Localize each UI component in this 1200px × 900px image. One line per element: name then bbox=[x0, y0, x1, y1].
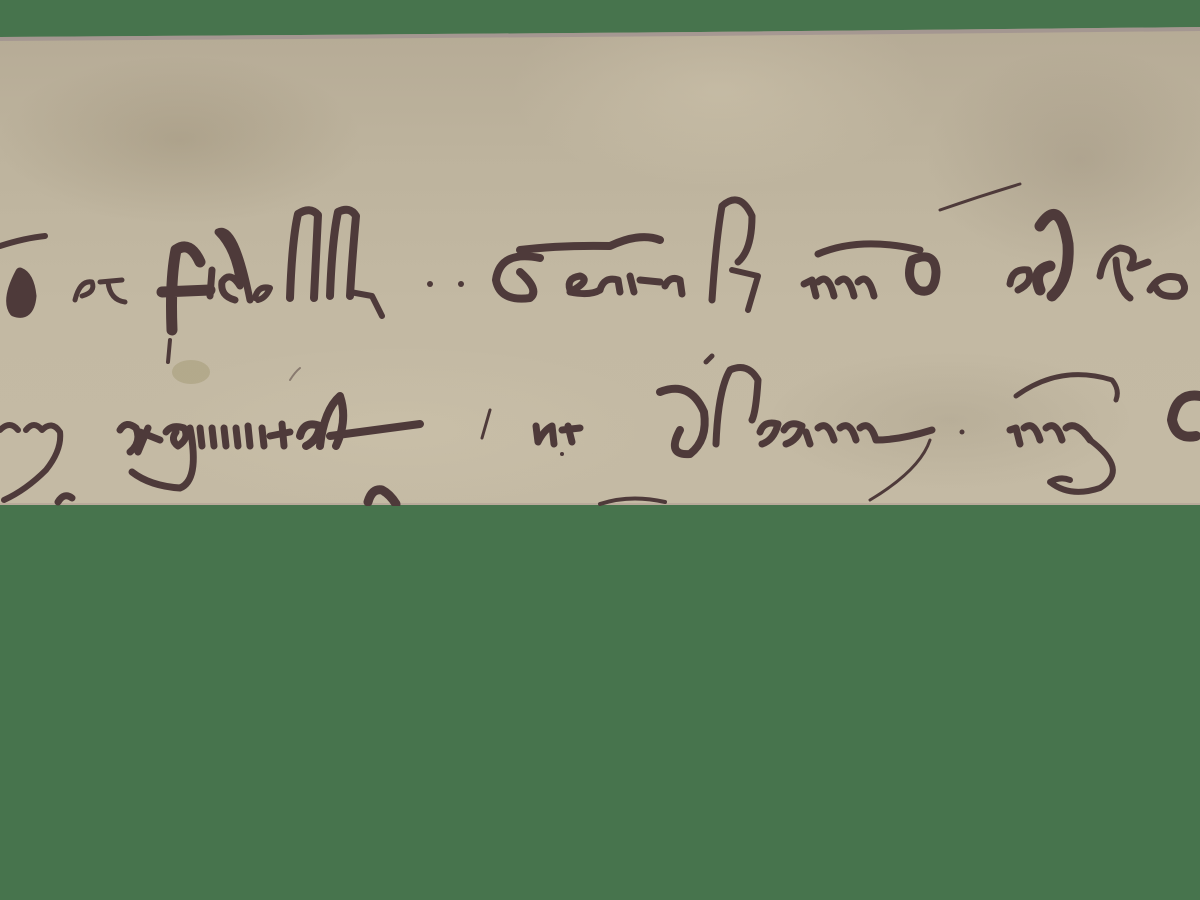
word: Ro… bbox=[1100, 270, 1143, 289]
word: …s bbox=[0, 270, 27, 289]
word: ad bbox=[1010, 270, 1034, 289]
word: et bbox=[75, 270, 95, 289]
word: nu(nti)us bbox=[805, 270, 898, 289]
word: Gentilis bbox=[495, 270, 573, 289]
word: ·· bbox=[425, 270, 438, 289]
word: …em bbox=[0, 420, 46, 439]
word: … bbox=[1170, 420, 1187, 439]
word: nu(nti)um bbox=[1010, 420, 1111, 439]
word: ut bbox=[536, 420, 557, 439]
word: regimentis bbox=[120, 420, 227, 439]
word: dilectum bbox=[660, 420, 747, 439]
word: / bbox=[482, 420, 489, 439]
word: fidelibus bbox=[165, 270, 252, 289]
